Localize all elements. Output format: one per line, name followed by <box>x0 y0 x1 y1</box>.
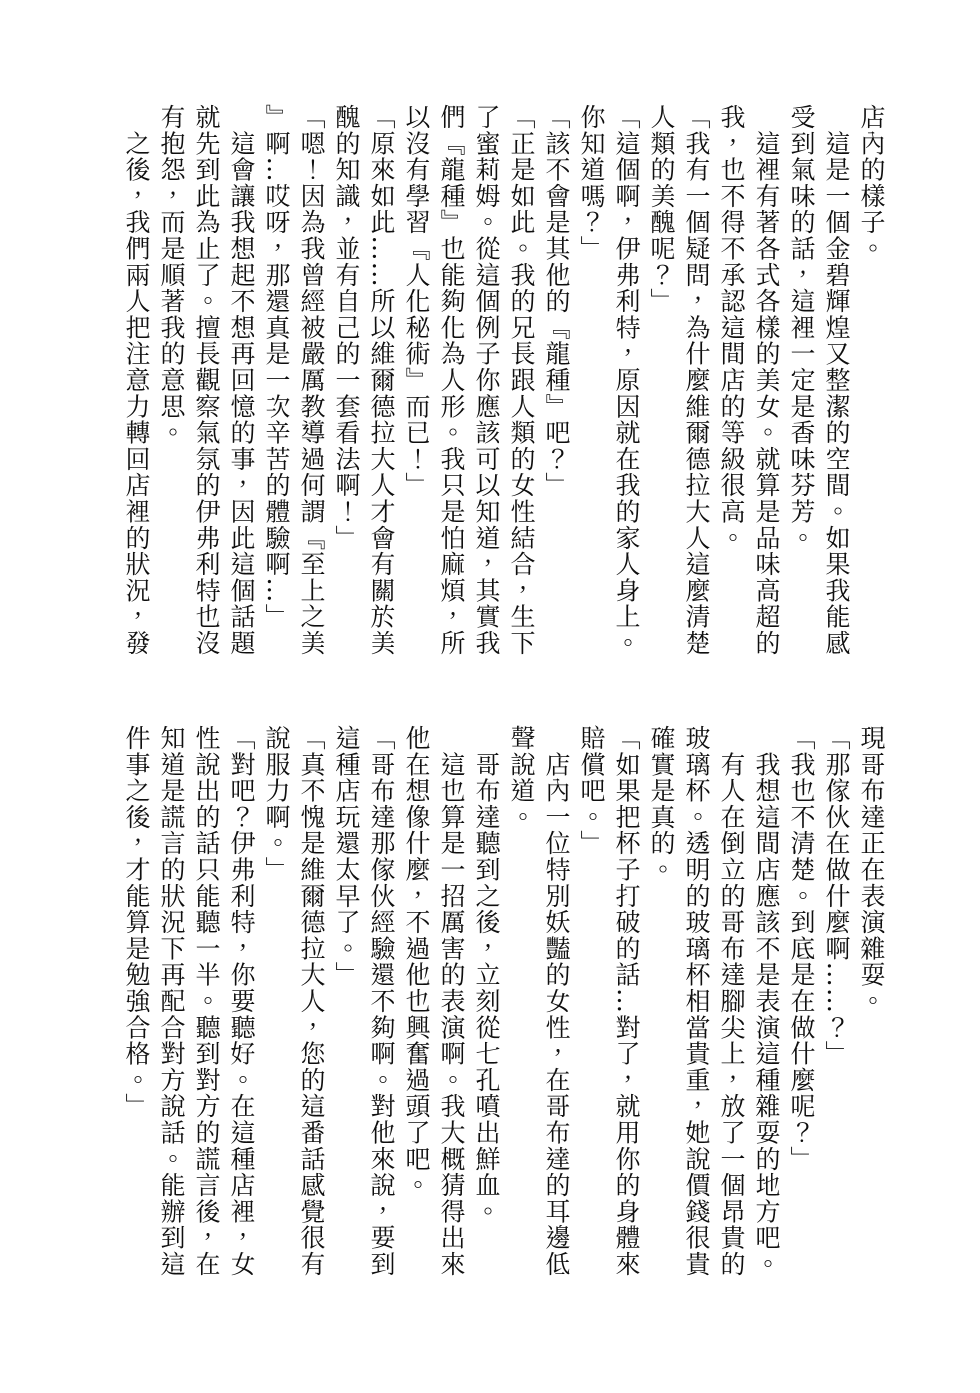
text-column: 「那傢伙在做什麼啊……？」 <box>819 725 854 1277</box>
text-column: 說服力啊。」 <box>259 725 294 1277</box>
text-column: 「原來如此……所以維爾德拉大人才會有關於美 <box>364 104 399 656</box>
text-column: 現哥布達正在表演雜耍。 <box>854 725 889 1277</box>
text-column: 件事之後，才能算是勉強合格。」 <box>119 725 154 1277</box>
text-column: 「我有一個疑問，為什麼維爾德拉大人這麼清楚 <box>679 104 714 656</box>
text-column: 有人在倒立的哥布達腳尖上，放了一個昂貴的 <box>714 725 749 1277</box>
text-column: 你知道嗎？」 <box>574 104 609 656</box>
book-page: 店內的樣子。 這是一個金碧輝煌又整潔的空間。如果我能感受到氣味的話，這裡一定是香… <box>0 0 980 1393</box>
top-text-block: 店內的樣子。 這是一個金碧輝煌又整潔的空間。如果我能感受到氣味的話，這裡一定是香… <box>119 104 889 656</box>
text-column: 「如果把杯子打破的話…對了，就用你的身體來 <box>609 725 644 1277</box>
text-column: 「該不會是其他的『龍種』吧？」 <box>539 104 574 656</box>
text-column: 了蜜莉姆。從這個例子你應該可以知道，其實我 <box>469 104 504 656</box>
text-column: 店內一位特別妖豔的女性，在哥布達的耳邊低 <box>539 725 574 1277</box>
text-column: 聲說道。 <box>504 725 539 1277</box>
text-column: 他在想像什麼，不過他也興奮過頭了吧。 <box>399 725 434 1277</box>
bottom-text-block: 現哥布達正在表演雜耍。「那傢伙在做什麼啊……？」「我也不清楚。到底是在做什麼呢？… <box>119 725 889 1277</box>
text-column: 就先到此為止了。擅長觀察氣氛的伊弗利特也沒 <box>189 104 224 656</box>
text-column: 「嗯！因為我曾經被嚴厲教導過何謂『至上之美 <box>294 104 329 656</box>
text-column: 哥布達聽到之後，立刻從七孔噴出鮮血。 <box>469 725 504 1277</box>
text-column: 這也算是一招厲害的表演啊。我大概猜得出來 <box>434 725 469 1277</box>
text-column: 「對吧？伊弗利特，你要聽好。在這種店裡，女 <box>224 725 259 1277</box>
text-column: 我，也不得不承認這間店的等級很高。 <box>714 104 749 656</box>
text-column: 性說出的話只能聽一半。聽到對方的謊言後，在 <box>189 725 224 1277</box>
text-column: 「哥布達那傢伙經驗還不夠啊。對他來說，要到 <box>364 725 399 1277</box>
text-column: 受到氣味的話，這裡一定是香味芬芳。 <box>784 104 819 656</box>
text-column: 「正是如此。我的兄長跟人類的女性結合，生下 <box>504 104 539 656</box>
text-column: 這裡有著各式各樣的美女。就算是品味高超的 <box>749 104 784 656</box>
text-column: 賠償吧。」 <box>574 725 609 1277</box>
text-column: 這是一個金碧輝煌又整潔的空間。如果我能感 <box>819 104 854 656</box>
text-column: 之後，我們兩人把注意力轉回店裡的狀況，發 <box>119 104 154 656</box>
text-column: 人類的美醜呢？」 <box>644 104 679 656</box>
text-column: 店內的樣子。 <box>854 104 889 656</box>
text-column: 以沒有學習『人化秘術』而已！」 <box>399 104 434 656</box>
text-column: 有抱怨，而是順著我的意思。 <box>154 104 189 656</box>
text-column: 「這個啊，伊弗利特，原因就在我的家人身上。 <box>609 104 644 656</box>
text-column: 「真不愧是維爾德拉大人，您的這番話感覺很有 <box>294 725 329 1277</box>
text-column: 我想這間店應該不是表演這種雜耍的地方吧。 <box>749 725 784 1277</box>
text-column: 醜的知識，並有自己的一套看法啊！」 <box>329 104 364 656</box>
text-column: 「我也不清楚。到底是在做什麼呢？」 <box>784 725 819 1277</box>
text-column: 玻璃杯。透明的玻璃杯相當貴重，她說價錢很貴 <box>679 725 714 1277</box>
text-column: 』啊…哎呀，那還真是一次辛苦的體驗啊…」 <box>259 104 294 656</box>
text-column: 這種店玩還太早了。」 <box>329 725 364 1277</box>
text-column: 知道是謊言的狀況下再配合對方說話。能辦到這 <box>154 725 189 1277</box>
text-column: 確實是真的。 <box>644 725 679 1277</box>
text-column: 們『龍種』也能夠化為人形。我只是怕麻煩，所 <box>434 104 469 656</box>
text-column: 這會讓我想起不想再回憶的事，因此這個話題 <box>224 104 259 656</box>
